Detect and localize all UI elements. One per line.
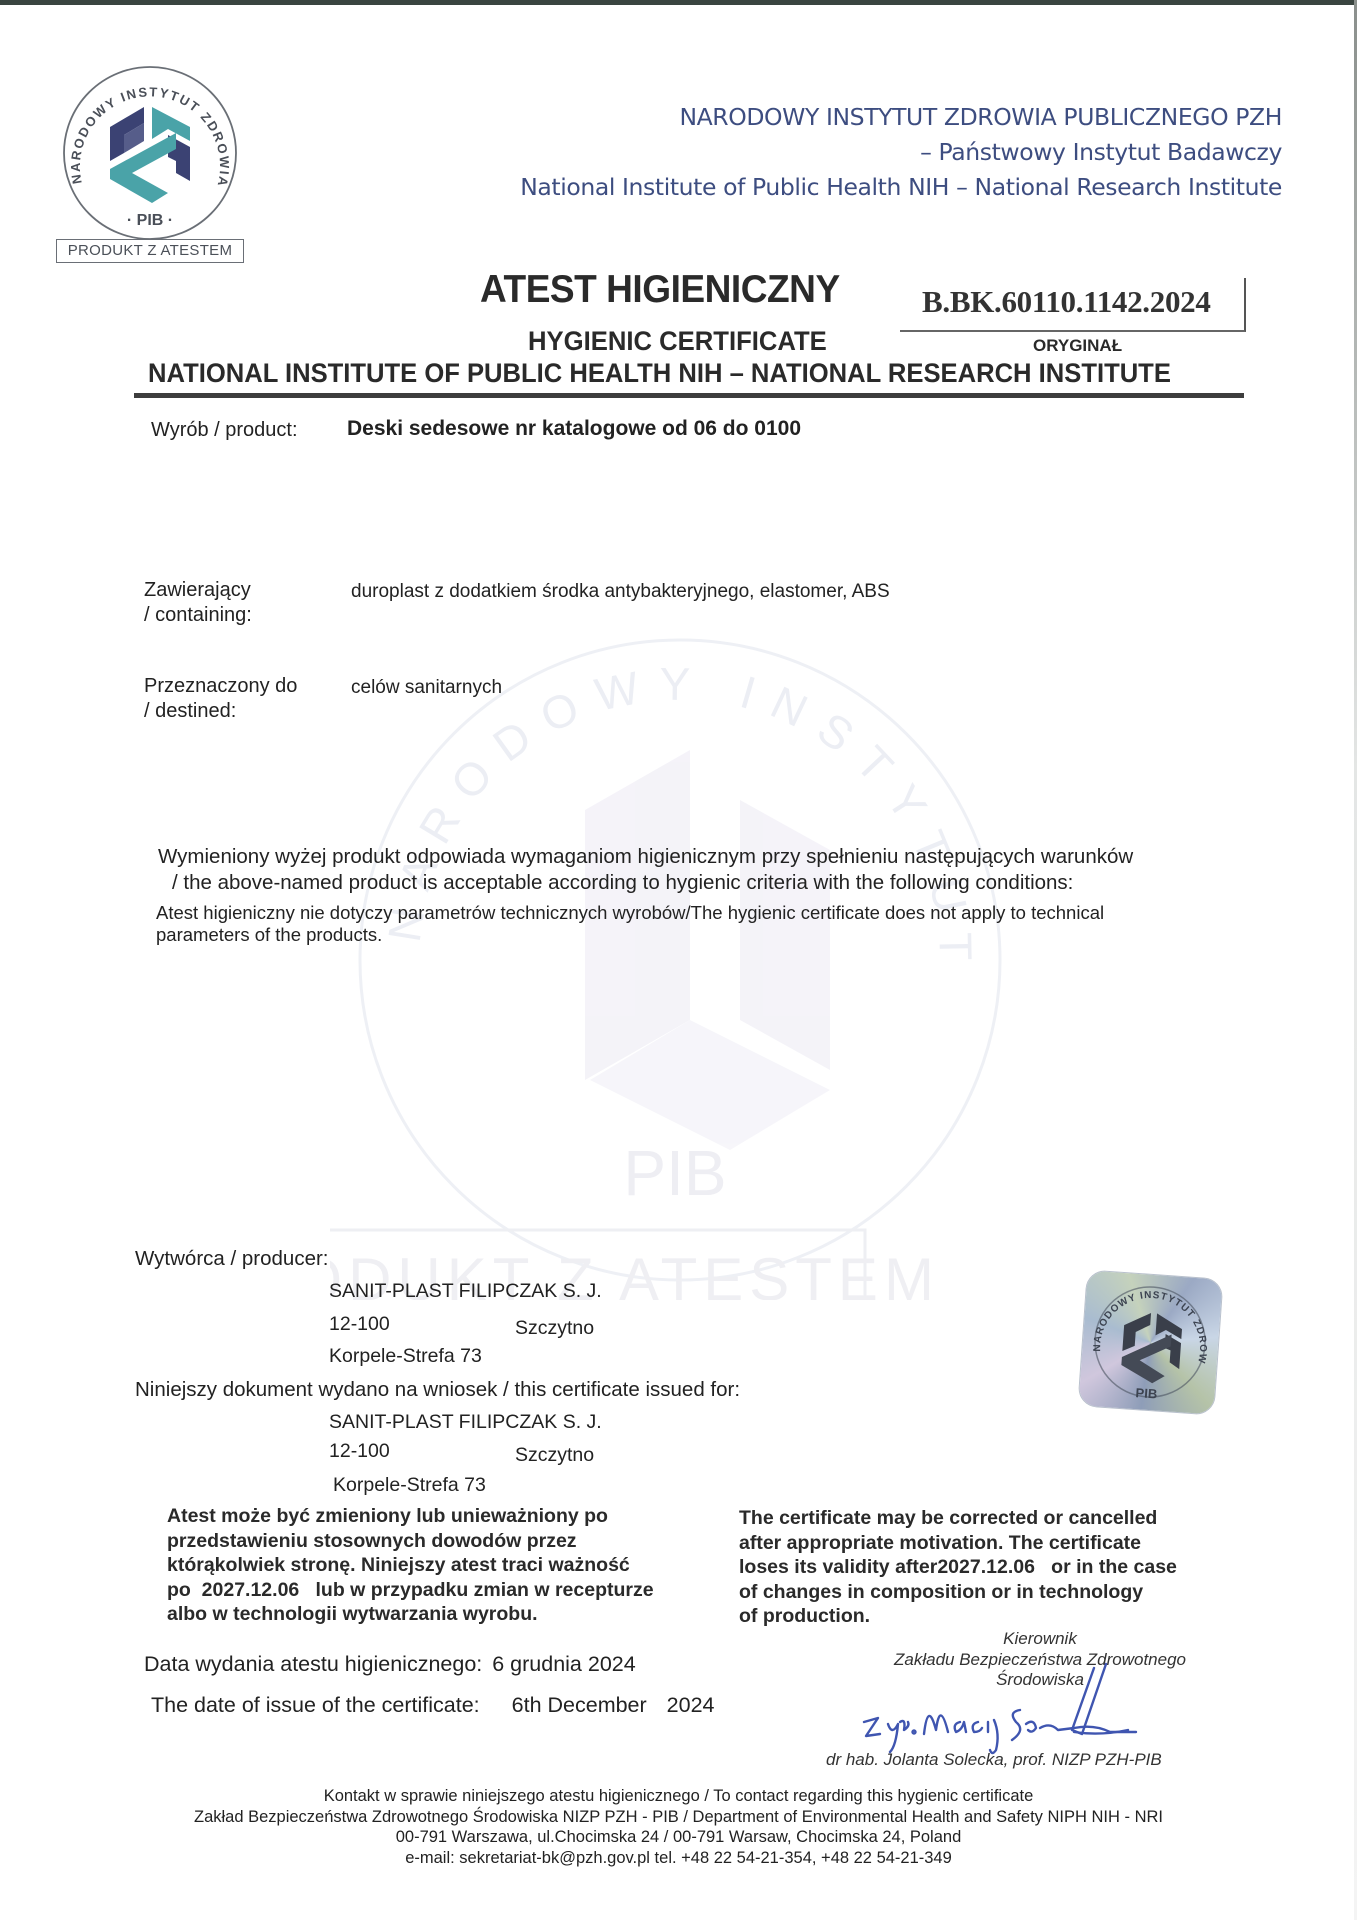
svg-text:PIB: PIB [623,1137,726,1209]
svg-text:· PIB ·: · PIB · [127,212,173,229]
logo-caption: PRODUKT Z ATESTEM [56,239,244,263]
footer-email-phone: e-mail: sekretariat-bk@pzh.gov.pl tel. +… [0,1848,1357,1869]
issued-for-street: Korpele-Strefa 73 [333,1474,486,1497]
issue-date-pl: Data wydania atestu higienicznego: 6 gru… [144,1652,636,1677]
scan-edge-top [0,0,1357,5]
issue-date-en-label: The date of issue of the certificate: [151,1693,480,1717]
issue-date-en-year: 2024 [667,1693,715,1717]
certificate-number-box: B.BK.60110.1142.2024 [900,278,1246,332]
pzh-seal-icon: NARODOWY INSTYTUT ZDROWIA PUBLICZNEGO · … [52,65,248,241]
conditions-en: / the above-named product is acceptable … [172,871,1073,895]
contact-footer: Kontakt w sprawie niniejszego atestu hig… [0,1786,1357,1868]
containing-label: Zawierający / containing: [144,578,252,628]
svg-text:PIB: PIB [1135,1385,1158,1401]
issue-date-en: The date of issue of the certificate: 6t… [151,1693,715,1718]
producer-label: Wytwórca / producer: [135,1247,329,1271]
conditions-note: Atest higieniczny nie dotyczy parametrów… [156,902,1104,946]
signature-icon [860,1660,1200,1760]
certificate-number: B.BK.60110.1142.2024 [922,284,1211,320]
original-stamp: ORYGINAŁ [1033,336,1122,356]
destined-label: Przeznaczony do / destined: [144,674,297,724]
institute-subtitle-pl: – Państwowy Instytut Badawczy [520,135,1282,170]
producer-name: SANIT-PLAST FILIPCZAK S. J. [329,1280,602,1303]
institute-name-pl: NARODOWY INSTYTUT ZDROWIA PUBLICZNEGO PZ… [520,100,1282,135]
producer-postal-code: 12-100 [329,1313,390,1336]
watermark-seal: NARODOWY INSTYTUT ZDROWIA PIB PRODUKT Z … [330,600,1030,1305]
product-label: Wyrób / product: [151,418,298,443]
destined-value: celów sanitarnych [351,677,502,699]
issued-for-name: SANIT-PLAST FILIPCZAK S. J. [329,1411,602,1434]
issued-for-label: Niniejszy dokument wydano na wniosek / t… [135,1378,740,1402]
title-divider [134,393,1244,398]
issue-date-pl-label: Data wydania atestu higienicznego: [144,1652,482,1676]
issuing-institute-title: NATIONAL INSTITUTE OF PUBLIC HEALTH NIH … [148,358,1171,389]
footer-address: 00-791 Warszawa, ul.Chocimska 24 / 00-79… [0,1827,1357,1848]
product-value: Deski sedesowe nr katalogowe od 06 do 01… [347,417,801,441]
footer-department: Zakład Bezpieczeństwa Zdrowotnego Środow… [0,1807,1357,1828]
document-title: ATEST HIGIENICZNY [480,268,840,312]
validity-en: The certificate may be corrected or canc… [739,1506,1177,1629]
hologram-seal-icon: NARODOWY INSTYTUT ZDROWIA PUBLICZNEGO PI… [1078,1270,1222,1414]
producer-city: Szczytno [515,1317,594,1340]
institute-logo: NARODOWY INSTYTUT ZDROWIA PUBLICZNEGO · … [52,65,248,267]
institute-header: NARODOWY INSTYTUT ZDROWIA PUBLICZNEGO PZ… [520,100,1282,205]
footer-contact-heading: Kontakt w sprawie niniejszego atestu hig… [0,1786,1357,1807]
containing-value: duroplast z dodatkiem środka antybaktery… [351,581,890,603]
issued-for-city: Szczytno [515,1444,594,1467]
institute-name-en: National Institute of Public Health NIH … [520,170,1282,205]
signer-name: dr hab. Jolanta Solecka, prof. NIZP PZH-… [826,1750,1162,1770]
issued-for-postal-code: 12-100 [329,1440,390,1463]
conditions-pl: Wymieniony wyżej produkt odpowiada wymag… [158,845,1133,869]
issue-date-pl-value: 6 grudnia 2024 [492,1652,635,1676]
issue-date-en-value: 6th December [512,1693,647,1717]
hologram-sticker: NARODOWY INSTYTUT ZDROWIA PUBLICZNEGO PI… [1078,1270,1222,1414]
validity-pl: Atest może być zmieniony lub unieważnion… [167,1504,654,1627]
producer-street: Korpele-Strefa 73 [329,1345,482,1368]
document-subtitle: HYGIENIC CERTIFICATE [528,326,827,357]
